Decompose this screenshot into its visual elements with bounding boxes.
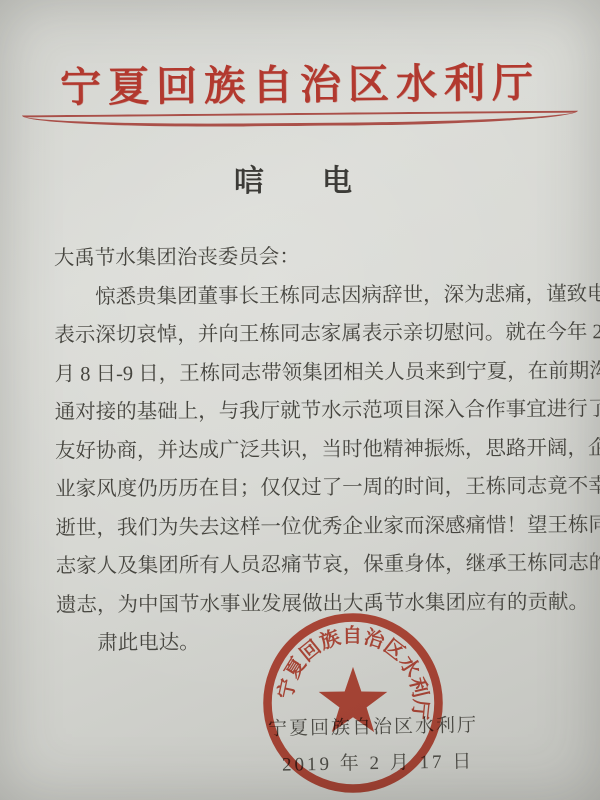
- body-line: 通对接的基础上，与我厅就节水示范项目深入合作事宜进行了: [55, 390, 577, 432]
- body-line: 月 8 日-9 日，王栋同志带领集团相关人员来到宁夏，在前期沟: [54, 352, 576, 394]
- body-line: 表示深切哀悼，并向王栋同志家属表示亲切慰问。就在今年 2: [54, 313, 576, 355]
- letterhead-title: 宁夏回族自治区水利厅: [0, 49, 600, 114]
- body-line: 业家风度仍历历在目；仅仅过了一周的时间，王栋同志竟不幸: [55, 467, 577, 509]
- letter-body: 大禹节水集团治丧委员会： 惊悉贵集团董事长王栋同志因病辞世，深为悲痛，谨致电 表…: [54, 236, 579, 663]
- letterhead-divider: [22, 111, 578, 129]
- signature-date: 2019 年 2 月 17 日: [282, 746, 475, 776]
- document-page: 宁夏回族自治区水利厅 唁 电 大禹节水集团治丧委员会： 惊悉贵集团董事长王栋同志…: [0, 0, 600, 800]
- body-line: 惊悉贵集团董事长王栋同志因病辞世，深为悲痛，谨致电: [54, 275, 576, 317]
- body-line: 遗志，为中国节水事业发展做出大禹节水集团应有的贡献。: [56, 583, 578, 625]
- document-title: 唁 电: [0, 156, 600, 200]
- signature-org: 宁夏回族自治区水利厅: [268, 710, 478, 741]
- body-line: 逝世，我们为失去这样一位优秀企业家而深感痛惜！望王栋同: [55, 506, 577, 548]
- addressee-line: 大禹节水集团治丧委员会：: [54, 236, 576, 278]
- valediction-line: 肃此电达。: [56, 621, 578, 663]
- body-line: 志家人及集团所有人员忍痛节哀，保重身体，继承王栋同志的: [56, 544, 578, 586]
- body-line: 友好协商，并达成广泛共识，当时他精神振烁，思路开阔，企: [55, 429, 577, 471]
